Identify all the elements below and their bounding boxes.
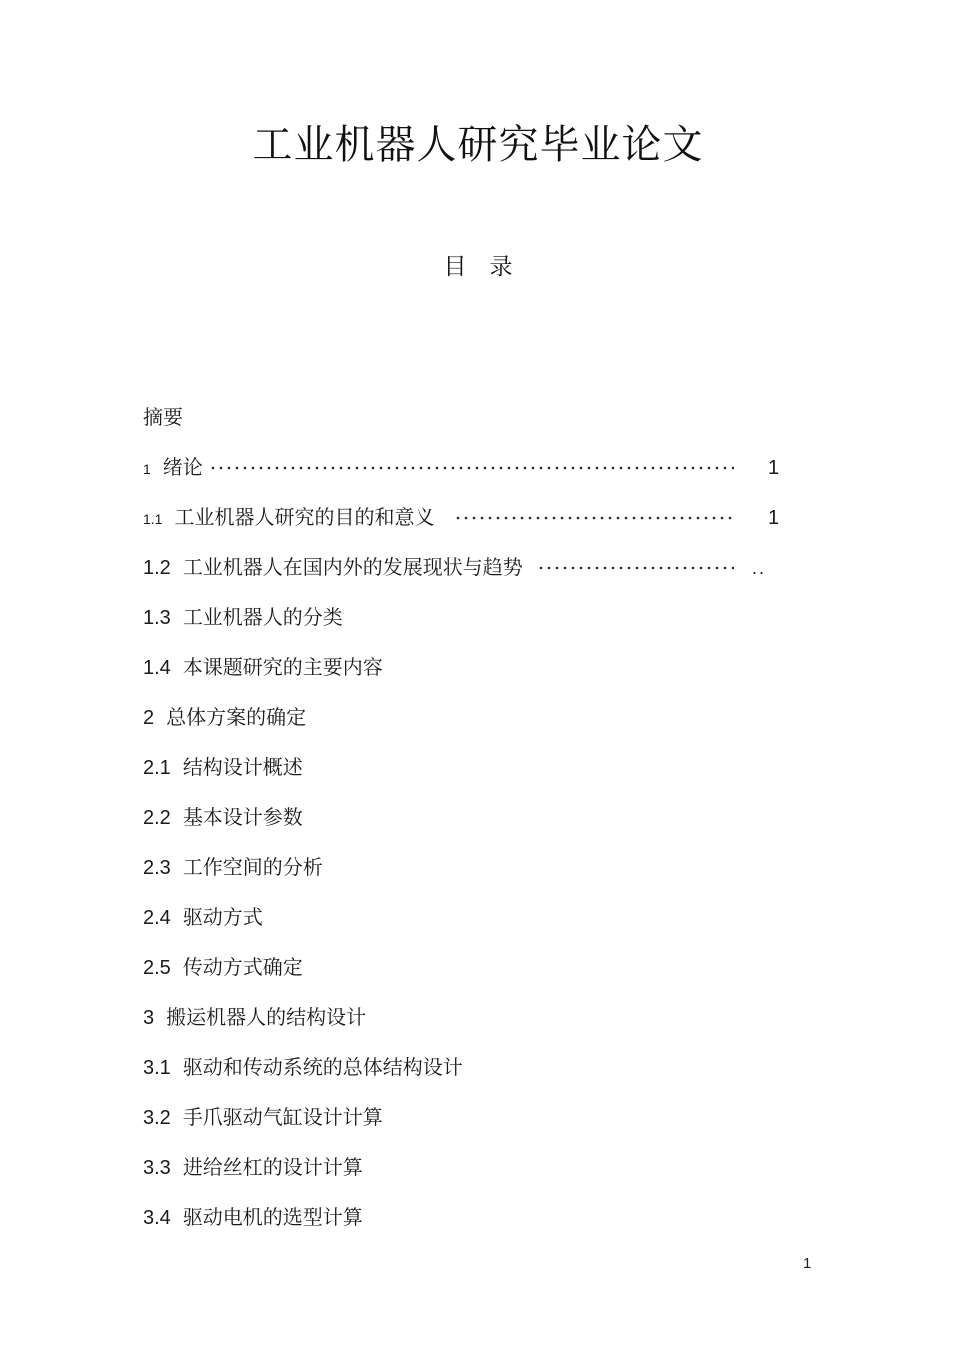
toc-item-number: 1.3 <box>143 593 171 643</box>
page-number: 1 <box>803 1254 811 1274</box>
toc-item-page: 1 <box>738 493 828 543</box>
toc-item-2-5[interactable]: 2.5 传动方式确定 <box>143 943 828 993</box>
toc-item-label: 本课题研究的主要内容 <box>183 643 383 693</box>
toc-item-label: 工业机器人研究的目的和意义 <box>174 493 434 543</box>
toc-item-2-4[interactable]: 2.4 驱动方式 <box>143 893 828 943</box>
toc-item-label: 驱动方式 <box>183 893 263 943</box>
toc-item-number: 1.1 <box>143 494 162 544</box>
toc-item-page: 1 <box>738 443 828 493</box>
toc-item-label: 工作空间的分析 <box>183 843 323 893</box>
toc-item-label: 结构设计概述 <box>183 743 303 793</box>
toc-leader-dots <box>209 466 734 470</box>
toc-item-number: 3.1 <box>143 1043 171 1093</box>
toc-item-number: 3 <box>143 993 154 1043</box>
toc-item-number: 1.4 <box>143 643 171 693</box>
toc-item-number: 2.2 <box>143 793 171 843</box>
toc-item-number: 3.4 <box>143 1193 171 1243</box>
toc-item-label: 总体方案的确定 <box>166 693 306 743</box>
toc-item-2-3[interactable]: 2.3 工作空间的分析 <box>143 843 828 893</box>
toc-item-3[interactable]: 3 搬运机器人的结构设计 <box>143 993 828 1043</box>
toc-item-1-2[interactable]: 1.2 工业机器人在国内外的发展现状与趋势 .. <box>143 543 828 593</box>
toc-item-label: 手爪驱动气缸设计计算 <box>183 1093 383 1143</box>
toc-leader-dots <box>537 566 734 570</box>
toc-item-number: 1 <box>143 444 151 494</box>
toc-item-1[interactable]: 1 绪论 1 <box>143 443 828 493</box>
toc-item-2-1[interactable]: 2.1 结构设计概述 <box>143 743 828 793</box>
toc-item-3-1[interactable]: 3.1 驱动和传动系统的总体结构设计 <box>143 1043 828 1093</box>
toc-item-number: 3.3 <box>143 1143 171 1193</box>
toc-item-number: 3.2 <box>143 1093 171 1143</box>
toc-item-label: 基本设计参数 <box>183 793 303 843</box>
toc-item-label: 传动方式确定 <box>183 943 303 993</box>
toc-item-number: 1.2 <box>143 543 171 593</box>
toc-item-label: 驱动电机的选型计算 <box>183 1193 363 1243</box>
toc-item-1-1[interactable]: 1.1 工业机器人研究的目的和意义 1 <box>143 493 828 543</box>
toc-item-label: 工业机器人在国内外的发展现状与趋势 <box>183 543 523 593</box>
toc-item-abstract[interactable]: 摘要 <box>143 393 828 443</box>
toc-item-label: 绪论 <box>163 443 203 493</box>
toc-leader-dots <box>454 516 734 520</box>
document-page: 工业机器人研究毕业论文 目 录 摘要 1 绪论 1 1.1 工业机器人研究的目的… <box>0 0 956 1353</box>
toc-item-number: 2.3 <box>143 843 171 893</box>
toc-heading: 目 录 <box>0 252 956 282</box>
toc-item-label: 驱动和传动系统的总体结构设计 <box>183 1043 463 1093</box>
toc-item-page: .. <box>738 543 828 593</box>
toc-item-label: 搬运机器人的结构设计 <box>166 993 366 1043</box>
toc-item-number: 2 <box>143 693 154 743</box>
toc-item-3-2[interactable]: 3.2 手爪驱动气缸设计计算 <box>143 1093 828 1143</box>
document-title: 工业机器人研究毕业论文 <box>0 0 956 172</box>
toc-item-2[interactable]: 2 总体方案的确定 <box>143 693 828 743</box>
toc-item-number: 2.4 <box>143 893 171 943</box>
toc-item-number: 2.1 <box>143 743 171 793</box>
toc-item-label: 进给丝杠的设计计算 <box>183 1143 363 1193</box>
toc-item-number: 2.5 <box>143 943 171 993</box>
toc-list: 摘要 1 绪论 1 1.1 工业机器人研究的目的和意义 1 1.2 工业机器人在… <box>143 393 828 1243</box>
toc-item-2-2[interactable]: 2.2 基本设计参数 <box>143 793 828 843</box>
toc-item-3-4[interactable]: 3.4 驱动电机的选型计算 <box>143 1193 828 1243</box>
toc-item-label: 工业机器人的分类 <box>183 593 343 643</box>
toc-item-label: 摘要 <box>143 393 183 443</box>
toc-item-1-3[interactable]: 1.3 工业机器人的分类 <box>143 593 828 643</box>
toc-item-1-4[interactable]: 1.4 本课题研究的主要内容 <box>143 643 828 693</box>
toc-item-3-3[interactable]: 3.3 进给丝杠的设计计算 <box>143 1143 828 1193</box>
